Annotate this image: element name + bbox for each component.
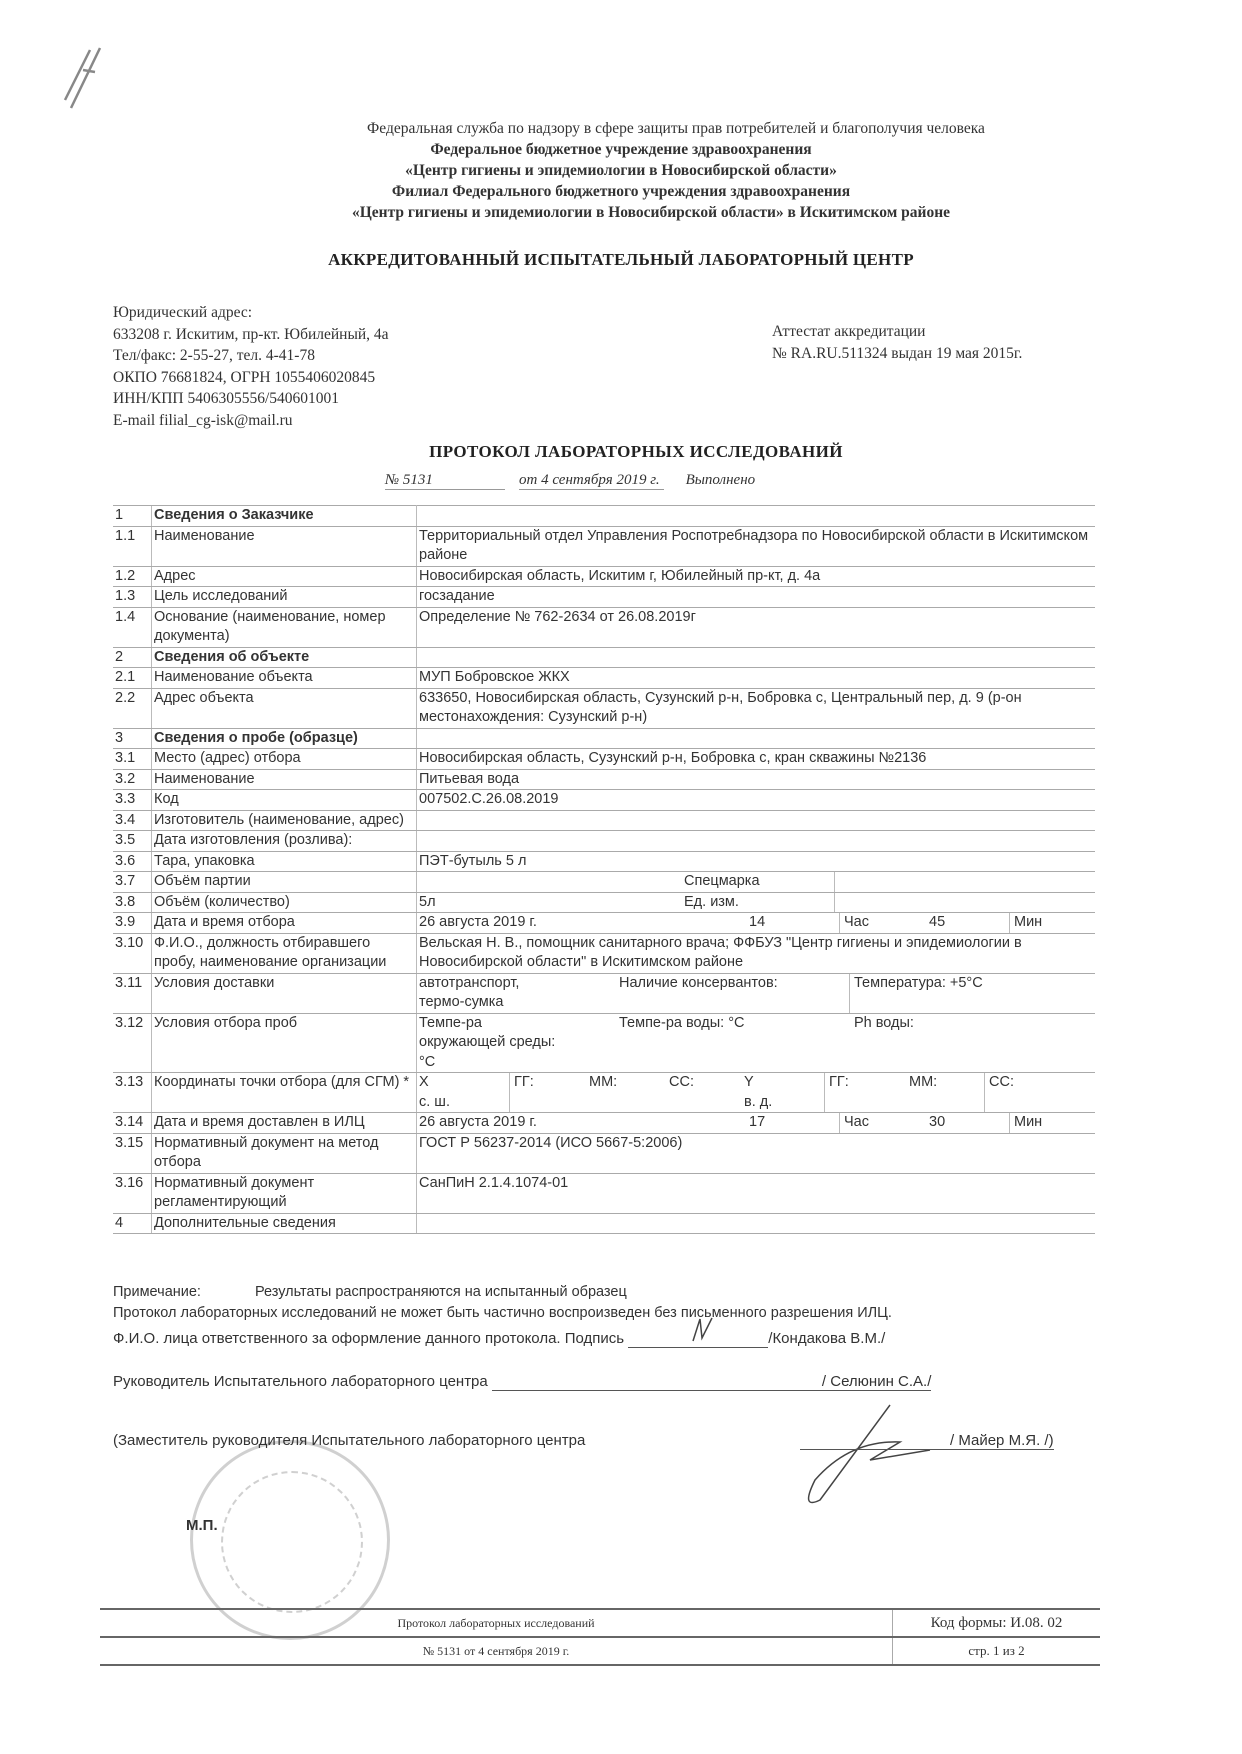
row-value: СанПиН 2.1.4.1074-01 bbox=[417, 1173, 1096, 1213]
section-label: Сведения о пробе (образце) bbox=[152, 728, 417, 749]
y-degrees: ГГ: bbox=[824, 1073, 909, 1112]
header-line: «Центр гигиены и эпидемиологии в Новосиб… bbox=[0, 160, 1242, 181]
row-number: 3.5 bbox=[113, 831, 152, 852]
protocol-subtitle: № 5131от 4 сентября 2019 г.Выполнено bbox=[385, 472, 755, 490]
head-name: / Селюнин С.А./ bbox=[822, 1373, 931, 1391]
head-label: Руководитель Испытательного лабораторног… bbox=[113, 1373, 488, 1390]
table-row: 3.4Изготовитель (наименование, адрес) bbox=[113, 810, 1095, 831]
row-number: 3.4 bbox=[113, 810, 152, 831]
hour-label: Час bbox=[839, 1113, 929, 1133]
table-row: 3.10Ф.И.О., должность отбиравшего пробу,… bbox=[113, 933, 1095, 973]
row-label: Изготовитель (наименование, адрес) bbox=[152, 810, 417, 831]
handwritten-mark bbox=[55, 40, 115, 115]
row-label: Дата изготовления (розлива): bbox=[152, 831, 417, 852]
inn-kpp: ИНН/КПП 5406305556/540601001 bbox=[113, 388, 389, 410]
row-value: Спецмарка bbox=[417, 872, 1096, 893]
row-value: Питьевая вода bbox=[417, 769, 1096, 790]
table-row: 1.1НаименованиеТерриториальный отдел Упр… bbox=[113, 526, 1095, 566]
row-value: автотранспорт, термо-сумкаНаличие консер… bbox=[417, 973, 1096, 1013]
reproduction-notice: Протокол лабораторных исследований не мо… bbox=[113, 1303, 892, 1324]
page-footer: Протокол лабораторных исследованийКод фо… bbox=[100, 1608, 1100, 1666]
water-temperature: Темпе-ра воды: °С bbox=[619, 1014, 849, 1073]
signature-field bbox=[628, 1330, 768, 1348]
row-value: ГОСТ Р 56237-2014 (ИСО 5667-5:2006) bbox=[417, 1133, 1096, 1173]
accreditation-label: Аттестат аккредитации bbox=[772, 321, 1022, 343]
water-ph: Ph воды: bbox=[849, 1014, 914, 1073]
row-label: Адрес объекта bbox=[152, 688, 417, 728]
minute-label: Мин bbox=[1009, 1113, 1042, 1133]
row-label: Дата и время доставлен в ИЛЦ bbox=[152, 1113, 417, 1134]
header-line: «Центр гигиены и эпидемиологии в Новосиб… bbox=[0, 202, 1242, 223]
table-row: 1Сведения о Заказчике bbox=[113, 506, 1095, 527]
note: Примечание:Результаты распространяются н… bbox=[113, 1282, 892, 1303]
row-label: Дата и время отбора bbox=[152, 913, 417, 934]
note-text: Результаты распространяются на испытанны… bbox=[255, 1284, 627, 1300]
y-seconds: СС: bbox=[984, 1073, 1014, 1112]
special-mark-value bbox=[834, 872, 839, 892]
x-minutes: ММ: bbox=[589, 1073, 669, 1112]
row-label: Объём (количество) bbox=[152, 892, 417, 913]
row-label: Наименование bbox=[152, 769, 417, 790]
table-row: 3.11Условия доставки автотранспорт, терм… bbox=[113, 973, 1095, 1013]
section-label: Сведения о Заказчике bbox=[152, 506, 417, 527]
table-row: 3.8Объём (количество) 5лЕд. изм. bbox=[113, 892, 1095, 913]
row-number: 3.11 bbox=[113, 973, 152, 1013]
ambient-temperature: Темпе-ра окружающей среды: °С bbox=[419, 1014, 619, 1073]
accreditation-block: Аттестат аккредитации № RA.RU.511324 выд… bbox=[772, 321, 1022, 364]
row-value bbox=[417, 506, 1096, 527]
delivery-transport: автотранспорт, термо-сумка bbox=[419, 974, 619, 1013]
row-value bbox=[417, 831, 1096, 852]
lab-center-title: АККРЕДИТОВАННЫЙ ИСПЫТАТЕЛЬНЫЙ ЛАБОРАТОРН… bbox=[0, 250, 1242, 270]
row-label: Тара, упаковка bbox=[152, 851, 417, 872]
notes-block: Примечание:Результаты распространяются н… bbox=[113, 1282, 892, 1324]
row-label: Условия доставки bbox=[152, 973, 417, 1013]
seal-label: М.П. bbox=[186, 1517, 218, 1534]
table-row: 3.9Дата и время отбора 26 августа 2019 г… bbox=[113, 913, 1095, 934]
unit-label: Ед. изм. bbox=[684, 893, 834, 913]
delivery-date: 26 августа 2019 г. bbox=[419, 1113, 749, 1133]
row-label: Наименование bbox=[152, 526, 417, 566]
row-label: Код bbox=[152, 790, 417, 811]
row-number: 1.1 bbox=[113, 526, 152, 566]
table-row: 3.16Нормативный документ регламентирующи… bbox=[113, 1173, 1095, 1213]
row-value: 633650, Новосибирская область, Сузунский… bbox=[417, 688, 1096, 728]
okpo-ogrn: ОКПО 76681824, ОГРН 1055406020845 bbox=[113, 367, 389, 389]
contacts-block: Юридический адрес: 633208 г. Искитим, пр… bbox=[113, 302, 389, 431]
sampling-date: 26 августа 2019 г. bbox=[419, 913, 749, 933]
delivery-temperature: Температура: +5°С bbox=[849, 974, 983, 1013]
row-value: Новосибирская область, Сузунский р-н, Бо… bbox=[417, 749, 1096, 770]
sampling-hour: 14 bbox=[749, 913, 839, 933]
row-label: Цель исследований bbox=[152, 587, 417, 608]
table-row: 3.5Дата изготовления (розлива): bbox=[113, 831, 1095, 852]
signature-field bbox=[492, 1373, 822, 1391]
row-label: Условия отбора проб bbox=[152, 1013, 417, 1073]
row-number: 3.15 bbox=[113, 1133, 152, 1173]
row-value: Вельская Н. В., помощник санитарного вра… bbox=[417, 933, 1096, 973]
y-label: Y bbox=[744, 1073, 754, 1093]
row-label: Объём партии bbox=[152, 872, 417, 893]
delivery-minute: 30 bbox=[929, 1113, 1009, 1133]
coord-x: Xс. ш. bbox=[419, 1073, 509, 1112]
row-label: Адрес bbox=[152, 566, 417, 587]
row-label: Нормативный документ регламентирующий bbox=[152, 1173, 417, 1213]
row-number: 3 bbox=[113, 728, 152, 749]
row-number: 3.10 bbox=[113, 933, 152, 973]
row-label: Дополнительные сведения bbox=[152, 1213, 417, 1234]
row-value: Темпе-ра окружающей среды: °СТемпе-ра во… bbox=[417, 1013, 1096, 1073]
x-label: X bbox=[419, 1073, 429, 1093]
row-number: 3.14 bbox=[113, 1113, 152, 1134]
table-row: 3Сведения о пробе (образце) bbox=[113, 728, 1095, 749]
row-value: Определение № 762-2634 от 26.08.2019г bbox=[417, 607, 1096, 647]
preservatives-label: Наличие консервантов: bbox=[619, 974, 849, 1013]
row-value: 26 августа 2019 г.17Час30Мин bbox=[417, 1113, 1096, 1134]
row-number: 1.2 bbox=[113, 566, 152, 587]
footer-doc-number: № 5131 от 4 сентября 2019 г. bbox=[100, 1637, 893, 1665]
row-number: 3.9 bbox=[113, 913, 152, 934]
row-number: 3.8 bbox=[113, 892, 152, 913]
row-value: Территориальный отдел Управления Роспотр… bbox=[417, 526, 1096, 566]
row-value: ПЭТ-бутыль 5 л bbox=[417, 851, 1096, 872]
row-value: 007502.С.26.08.2019 bbox=[417, 790, 1096, 811]
row-label: Координаты точки отбора (для СГМ) * bbox=[152, 1073, 417, 1113]
deputy-name: / Майер М.Я. /) bbox=[950, 1432, 1054, 1450]
footer-doc-name: Протокол лабораторных исследований bbox=[100, 1609, 893, 1637]
table-row: 3.3Код007502.С.26.08.2019 bbox=[113, 790, 1095, 811]
row-label: Основание (наименование, номер документа… bbox=[152, 607, 417, 647]
head-signature-line: Руководитель Испытательного лабораторног… bbox=[113, 1373, 931, 1391]
row-number: 3.7 bbox=[113, 872, 152, 893]
deputy-signature-area: / Майер М.Я. /) bbox=[800, 1432, 1054, 1450]
x-degrees: ГГ: bbox=[509, 1073, 589, 1112]
row-number: 2.1 bbox=[113, 668, 152, 689]
delivery-hour: 17 bbox=[749, 1113, 839, 1133]
row-number: 1.4 bbox=[113, 607, 152, 647]
protocol-number: № 5131 bbox=[385, 472, 505, 490]
row-label: Ф.И.О., должность отбиравшего пробу, наи… bbox=[152, 933, 417, 973]
footer-page-number: стр. 1 из 2 bbox=[893, 1637, 1101, 1665]
row-number: 1.3 bbox=[113, 587, 152, 608]
table-row: 3.1Место (адрес) отбораНовосибирская обл… bbox=[113, 749, 1095, 770]
organization-header: Федеральная служба по надзору в сфере за… bbox=[0, 118, 1242, 223]
row-number: 3.16 bbox=[113, 1173, 152, 1213]
row-number: 3.3 bbox=[113, 790, 152, 811]
table-row: 4Дополнительные сведения bbox=[113, 1213, 1095, 1234]
table-row: 3.15Нормативный документ на метод отбора… bbox=[113, 1133, 1095, 1173]
row-number: 3.1 bbox=[113, 749, 152, 770]
accreditation-number: № RA.RU.511324 выдан 19 мая 2015г. bbox=[772, 343, 1022, 365]
header-line: Филиал Федерального бюджетного учреждени… bbox=[0, 181, 1242, 202]
y-minutes: ММ: bbox=[909, 1073, 984, 1112]
deputy-label: (Заместитель руководителя Испытательного… bbox=[113, 1432, 585, 1449]
table-row: 2.2Адрес объекта633650, Новосибирская об… bbox=[113, 688, 1095, 728]
row-value: Xс. ш. ГГ: ММ: СС: Yв. д. ГГ: ММ: СС: bbox=[417, 1073, 1096, 1113]
protocol-table: 1Сведения о Заказчике 1.1НаименованиеТер… bbox=[113, 505, 1095, 1234]
row-label: Наименование объекта bbox=[152, 668, 417, 689]
table-row: 1.2АдресНовосибирская область, Искитим г… bbox=[113, 566, 1095, 587]
minute-label: Мин bbox=[1009, 913, 1042, 933]
responsible-name: /Кондакова В.М./ bbox=[768, 1330, 885, 1347]
header-line: Федеральная служба по надзору в сфере за… bbox=[0, 118, 1242, 139]
signature-field bbox=[800, 1432, 950, 1450]
row-number: 3.13 bbox=[113, 1073, 152, 1113]
table-row: 3.13Координаты точки отбора (для СГМ) * … bbox=[113, 1073, 1095, 1113]
x-seconds: СС: bbox=[669, 1073, 744, 1112]
address: 633208 г. Искитим, пр-кт. Юбилейный, 4а bbox=[113, 324, 389, 346]
table-row: 3.2НаименованиеПитьевая вода bbox=[113, 769, 1095, 790]
row-value: 5лЕд. изм. bbox=[417, 892, 1096, 913]
row-number: 4 bbox=[113, 1213, 152, 1234]
row-value: госзадание bbox=[417, 587, 1096, 608]
row-label: Нормативный документ на метод отбора bbox=[152, 1133, 417, 1173]
protocol-date: от 4 сентября 2019 г. bbox=[519, 472, 664, 490]
north-latitude-label: с. ш. bbox=[419, 1093, 450, 1113]
table-row: 3.7Объём партии Спецмарка bbox=[113, 872, 1095, 893]
sample-volume: 5л bbox=[419, 893, 684, 913]
row-number: 2.2 bbox=[113, 688, 152, 728]
table-row: 2.1Наименование объектаМУП Бобровское ЖК… bbox=[113, 668, 1095, 689]
protocol-title: ПРОТОКОЛ ЛАБОРАТОРНЫХ ИССЛЕДОВАНИЙ bbox=[0, 442, 1242, 462]
footer-form-code: Код формы: И.08. 02 bbox=[893, 1609, 1101, 1637]
row-value bbox=[417, 647, 1096, 668]
table-row: 3.12Условия отбора проб Темпе-ра окружаю… bbox=[113, 1013, 1095, 1073]
email: E-mail filial_cg-isk@mail.ru bbox=[113, 410, 389, 432]
row-value bbox=[417, 1213, 1096, 1234]
table-row: 1.4Основание (наименование, номер докуме… bbox=[113, 607, 1095, 647]
note-label: Примечание: bbox=[113, 1284, 201, 1300]
responsible-label: Ф.И.О. лица ответственного за оформление… bbox=[113, 1330, 624, 1347]
table-row: 3.14Дата и время доставлен в ИЛЦ 26 авгу… bbox=[113, 1113, 1095, 1134]
row-value bbox=[417, 810, 1096, 831]
section-label: Сведения об объекте bbox=[152, 647, 417, 668]
hour-label: Час bbox=[839, 913, 929, 933]
header-line: Федеральное бюджетное учреждение здравоо… bbox=[0, 139, 1242, 160]
row-number: 1 bbox=[113, 506, 152, 527]
sampling-minute: 45 bbox=[929, 913, 1009, 933]
special-mark-label: Спецмарка bbox=[684, 872, 834, 892]
legal-address-label: Юридический адрес: bbox=[113, 302, 389, 324]
row-value bbox=[417, 728, 1096, 749]
row-value: МУП Бобровское ЖКХ bbox=[417, 668, 1096, 689]
responsible-signature-line: Ф.И.О. лица ответственного за оформление… bbox=[113, 1330, 885, 1348]
row-number: 3.2 bbox=[113, 769, 152, 790]
signature-icon bbox=[780, 1400, 960, 1510]
phone: Тел/факс: 2-55-27, тел. 4-41-78 bbox=[113, 345, 389, 367]
row-label: Место (адрес) отбора bbox=[152, 749, 417, 770]
signature-icon bbox=[688, 1316, 718, 1346]
table-row: 1.3Цель исследованийгосзадание bbox=[113, 587, 1095, 608]
coord-y: Yв. д. bbox=[744, 1073, 824, 1112]
row-value: Новосибирская область, Искитим г, Юбилей… bbox=[417, 566, 1096, 587]
deputy-signature-line: (Заместитель руководителя Испытательного… bbox=[113, 1432, 585, 1449]
batch-volume bbox=[419, 872, 684, 892]
table-row: 2Сведения об объекте bbox=[113, 647, 1095, 668]
unit-value bbox=[834, 893, 839, 913]
table-row: 3.6Тара, упаковкаПЭТ-бутыль 5 л bbox=[113, 851, 1095, 872]
row-number: 3.6 bbox=[113, 851, 152, 872]
row-value: 26 августа 2019 г.14Час45Мин bbox=[417, 913, 1096, 934]
protocol-status: Выполнено bbox=[686, 472, 756, 489]
east-longitude-label: в. д. bbox=[744, 1093, 772, 1113]
row-number: 2 bbox=[113, 647, 152, 668]
row-number: 3.12 bbox=[113, 1013, 152, 1073]
